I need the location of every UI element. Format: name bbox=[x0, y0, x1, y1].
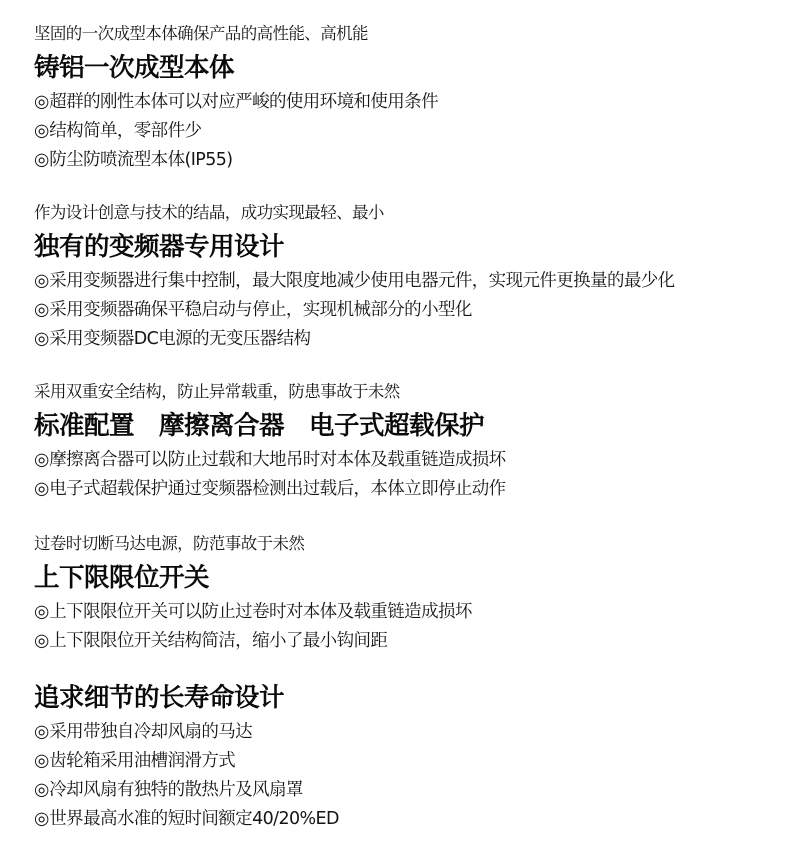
double-circle-bullet-icon: ◎ bbox=[34, 300, 49, 320]
list-item: ◎冷却风扇有独特的散热片及风扇罩 bbox=[34, 776, 780, 805]
double-circle-bullet-icon: ◎ bbox=[34, 780, 49, 800]
double-circle-bullet-icon: ◎ bbox=[34, 479, 49, 499]
section-subtitle: 过卷时切断马达电源，防范事故于未然 bbox=[34, 534, 780, 554]
list-item: ◎结构简单，零部件少 bbox=[34, 117, 780, 146]
double-circle-bullet-icon: ◎ bbox=[34, 602, 49, 622]
double-circle-bullet-icon: ◎ bbox=[34, 751, 49, 771]
section-heading: 追求细节的长寿命设计 bbox=[34, 682, 780, 714]
double-circle-bullet-icon: ◎ bbox=[34, 809, 49, 829]
section-limit-switch: 过卷时切断马达电源，防范事故于未然 上下限限位开关 ◎上下限限位开关可以防止过卷… bbox=[34, 534, 780, 656]
list-item: ◎齿轮箱采用油槽润滑方式 bbox=[34, 747, 780, 776]
section-inverter-design: 作为设计创意与技术的结晶，成功实现最轻、最小 独有的变频器专用设计 ◎采用变频器… bbox=[34, 203, 780, 354]
list-item: ◎采用变频器确保平稳启动与停止，实现机械部分的小型化 bbox=[34, 296, 780, 325]
double-circle-bullet-icon: ◎ bbox=[34, 450, 49, 470]
section-heading: 上下限限位开关 bbox=[34, 562, 780, 594]
section-subtitle: 作为设计创意与技术的结晶，成功实现最轻、最小 bbox=[34, 203, 780, 223]
section-long-life-design: 追求细节的长寿命设计 ◎采用带独自冷却风扇的马达 ◎齿轮箱采用油槽润滑方式 ◎冷… bbox=[34, 682, 780, 834]
double-circle-bullet-icon: ◎ bbox=[34, 150, 49, 170]
section-heading: 铸铝一次成型本体 bbox=[34, 52, 780, 84]
double-circle-bullet-icon: ◎ bbox=[34, 92, 49, 112]
double-circle-bullet-icon: ◎ bbox=[34, 722, 49, 742]
list-item: ◎世界最高水准的短时间额定40/20%ED bbox=[34, 805, 780, 834]
double-circle-bullet-icon: ◎ bbox=[34, 121, 49, 141]
list-item: ◎采用变频器进行集中控制，最大限度地减少使用电器元件，实现元件更换量的最少化 bbox=[34, 267, 780, 296]
section-overload-protection: 采用双重安全结构，防止异常载重，防患事故于未然 标准配置 摩擦离合器 电子式超载… bbox=[34, 382, 780, 504]
list-item: ◎防尘防喷流型本体(IP55) bbox=[34, 146, 780, 175]
bullet-list: ◎超群的刚性本体可以对应严峻的使用环境和使用条件 ◎结构简单，零部件少 ◎防尘防… bbox=[34, 88, 780, 175]
list-item: ◎上下限限位开关可以防止过卷时对本体及载重链造成损坏 bbox=[34, 598, 780, 627]
bullet-list: ◎采用带独自冷却风扇的马达 ◎齿轮箱采用油槽润滑方式 ◎冷却风扇有独特的散热片及… bbox=[34, 718, 780, 834]
list-item: ◎采用带独自冷却风扇的马达 bbox=[34, 718, 780, 747]
section-subtitle: 坚固的一次成型本体确保产品的高性能、高机能 bbox=[34, 24, 780, 44]
section-subtitle: 采用双重安全结构，防止异常载重，防患事故于未然 bbox=[34, 382, 780, 402]
list-item: ◎上下限限位开关结构简洁，缩小了最小钩间距 bbox=[34, 627, 780, 656]
bullet-list: ◎采用变频器进行集中控制，最大限度地减少使用电器元件，实现元件更换量的最少化 ◎… bbox=[34, 267, 780, 354]
section-cast-aluminum-body: 坚固的一次成型本体确保产品的高性能、高机能 铸铝一次成型本体 ◎超群的刚性本体可… bbox=[34, 24, 780, 175]
list-item: ◎采用变频器DC电源的无变压器结构 bbox=[34, 325, 780, 354]
bullet-list: ◎上下限限位开关可以防止过卷时对本体及载重链造成损坏 ◎上下限限位开关结构简洁，… bbox=[34, 598, 780, 656]
section-heading: 标准配置 摩擦离合器 电子式超载保护 bbox=[34, 410, 780, 442]
double-circle-bullet-icon: ◎ bbox=[34, 271, 49, 291]
double-circle-bullet-icon: ◎ bbox=[34, 329, 49, 349]
section-heading: 独有的变频器专用设计 bbox=[34, 231, 780, 263]
list-item: ◎摩擦离合器可以防止过载和大地吊时对本体及载重链造成损坏 bbox=[34, 446, 780, 475]
double-circle-bullet-icon: ◎ bbox=[34, 631, 49, 651]
list-item: ◎电子式超载保护通过变频器检测出过载后，本体立即停止动作 bbox=[34, 475, 780, 504]
bullet-list: ◎摩擦离合器可以防止过载和大地吊时对本体及载重链造成损坏 ◎电子式超载保护通过变… bbox=[34, 446, 780, 504]
list-item: ◎超群的刚性本体可以对应严峻的使用环境和使用条件 bbox=[34, 88, 780, 117]
